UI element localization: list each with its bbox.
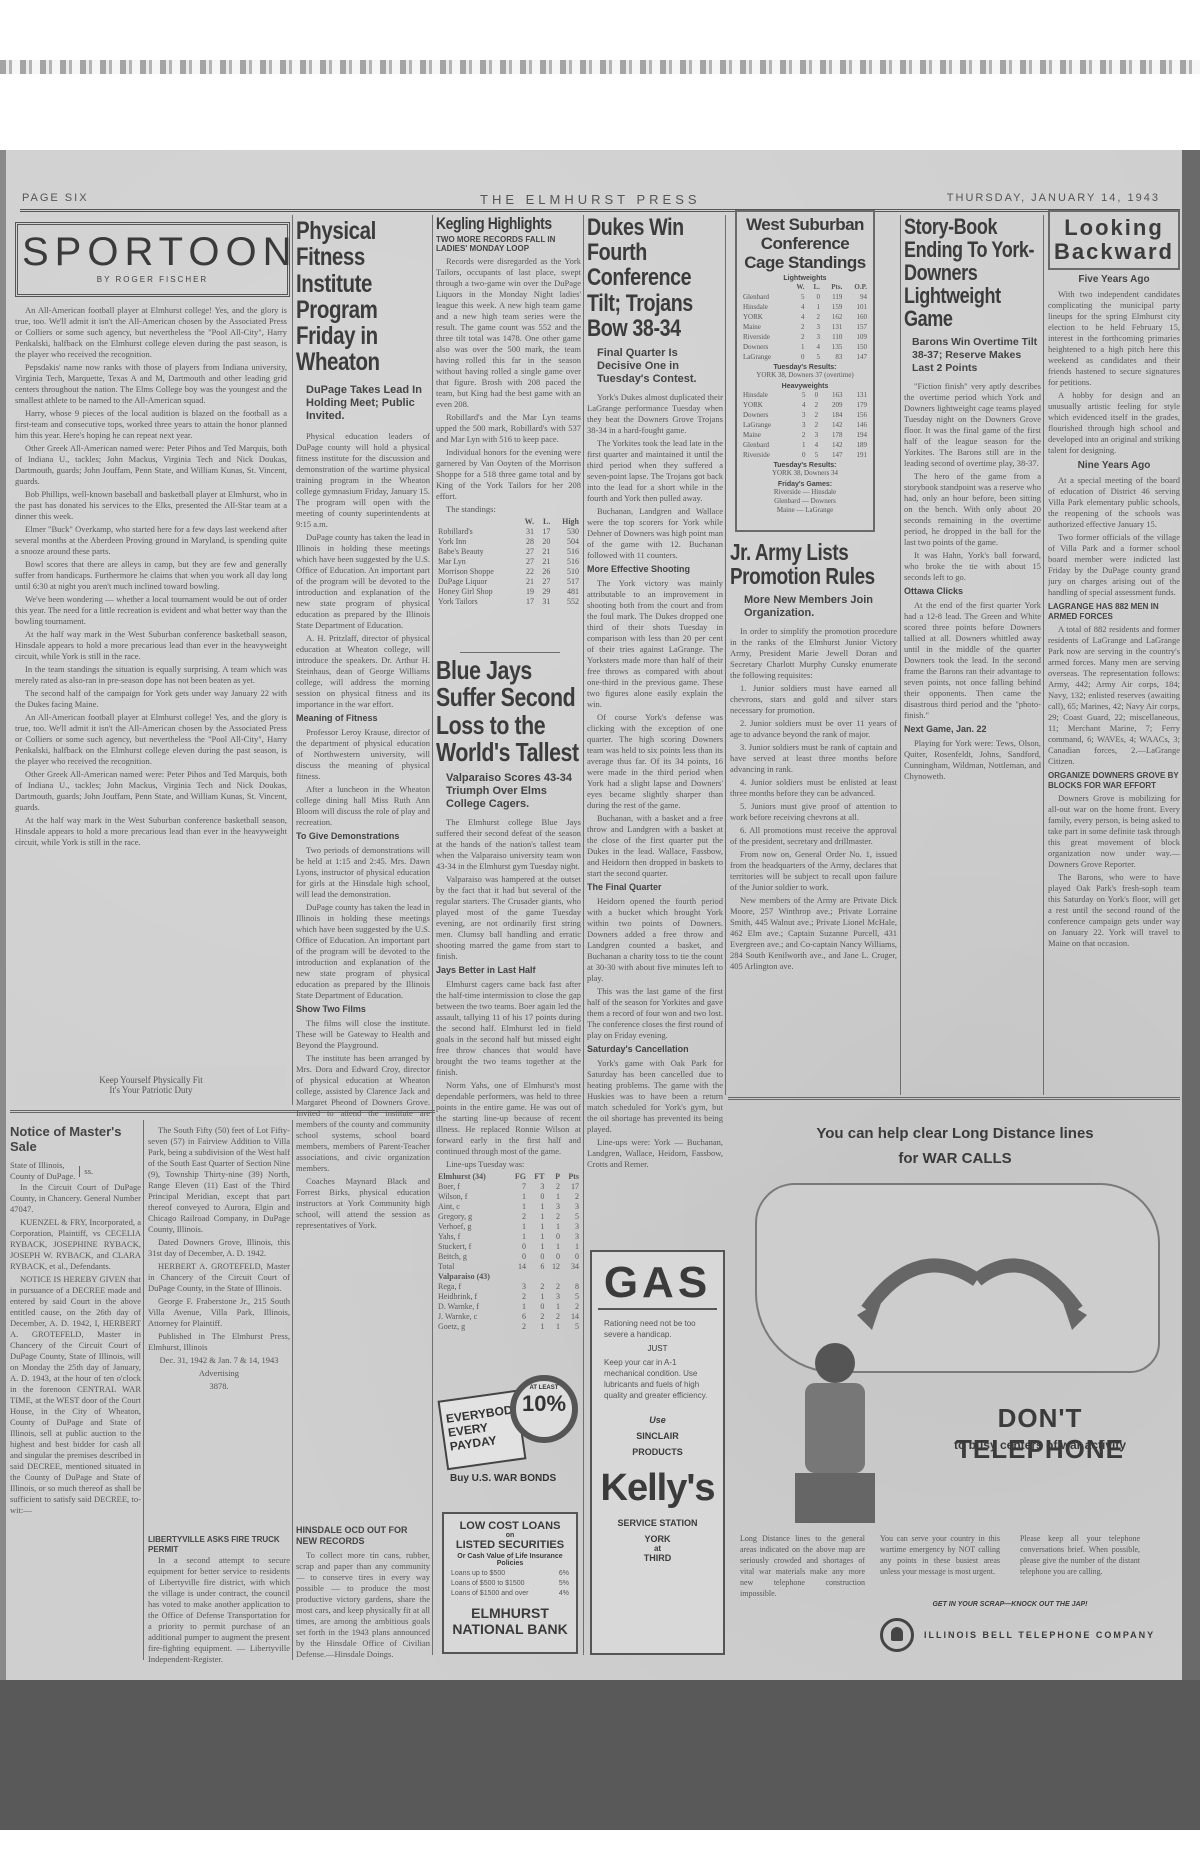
page-label: PAGE SIX: [22, 192, 89, 204]
results-text: YORK 38, Downers 37 (overtime): [741, 371, 869, 380]
column-rule: [292, 1120, 293, 1660]
loan-rates-table: Loans up to $5006% Loans of $500 to $150…: [449, 1569, 571, 1599]
headline: Dukes Win Fourth Conference Tilt; Trojan…: [587, 215, 723, 341]
ad-slogan: GET IN YOUR SCRAP—KNOCK OUT THE JAP!: [880, 1601, 1140, 1608]
paragraph: Buchanan, Landgren and Wallace were the …: [587, 506, 723, 561]
deck: Valparaiso Scores 43-34 Triumph Over Elm…: [446, 772, 581, 811]
ss-mark: ss.: [79, 1166, 93, 1177]
paragraph: Robillard's and the Mar Lyn teams upped …: [436, 412, 581, 445]
division-label: Lightweights: [741, 275, 869, 282]
paragraph: With two independent candidates complica…: [1048, 289, 1180, 388]
headline: HINSDALE OCD OUT FOR NEW RECORDS: [296, 1525, 430, 1547]
paragraph: The Yorkites took the lead late in the f…: [587, 438, 723, 504]
illinois-bell-ad: You can help clear Long Distance lines f…: [730, 1103, 1180, 1673]
sportoon-byline: BY ROGER FISCHER: [22, 275, 283, 284]
table-row: Aint, c1133: [436, 1202, 581, 1212]
results-label: Tuesday's Results:: [741, 364, 869, 371]
paragraph: Two former officials of the village of V…: [1048, 532, 1180, 598]
subhead: Ottawa Clicks: [904, 586, 1041, 597]
scan-bottom-band: [0, 1680, 1200, 1830]
table-row: Hinsdale41159101: [741, 302, 869, 312]
paragraph: A total of 882 residents and former resi…: [1048, 624, 1180, 767]
deck: TWO MORE RECORDS FALL IN LADIES' MONDAY …: [436, 235, 581, 253]
paragraph: Physical education leaders of DuPage cou…: [296, 431, 430, 530]
table-row: J. Warnke, c62214: [436, 1312, 581, 1322]
county-line: County of DuPage.: [10, 1171, 75, 1182]
headline: ORGANIZE DOWNERS GROVE BY BLOCKS FOR WAR…: [1048, 771, 1180, 791]
headline: LIBERTYVILLE ASKS FIRE TRUCK PERMIT: [148, 1535, 290, 1555]
deck: Barons Win Overtime Tilt 38-37; Reserve …: [912, 336, 1041, 375]
paragraph: Elmhurst cagers came back fast after the…: [436, 979, 581, 1078]
paragraph: The films will close the institute. Thes…: [296, 1018, 430, 1051]
scan-top-margin: [0, 0, 1200, 150]
paragraph: We've been wondering — whether a local t…: [15, 594, 287, 627]
headline: LAGRANGE HAS 882 MEN IN ARMED FORCES: [1048, 602, 1180, 622]
published-line: Published in The Elmhurst Press, Elmhurs…: [148, 1331, 290, 1353]
paragraph: Heidorn opened the fourth period with a …: [587, 896, 723, 984]
table-row: Mar Lyn2721516: [436, 557, 581, 567]
table-row: Total1461234: [436, 1262, 581, 1272]
table-row: Verhoef, g1113: [436, 1222, 581, 1232]
column-title: Looking Backward: [1052, 216, 1176, 264]
ad-text: Keep your car in A-1 mechanical conditio…: [598, 1357, 717, 1401]
friday-games-label: Friday's Games:: [741, 481, 869, 488]
column-rule: [583, 215, 584, 1655]
table-row: Hinsdale50163131: [741, 390, 869, 400]
paragraph: To collect more tin cans, rubber, scrap …: [296, 1550, 430, 1660]
ad-text: SERVICE STATION: [598, 1518, 717, 1528]
ten-percent-badge: AT LEAST 10%: [510, 1375, 578, 1443]
paragraph: Elmer "Buck" Overkamp, who started here …: [15, 524, 287, 557]
paragraph: Professor Leroy Krause, director of the …: [296, 727, 430, 782]
paragraph: Records were disregarded as the York Tai…: [436, 256, 581, 410]
headline: Jr. Army Lists Promotion Rules: [730, 540, 897, 588]
paragraph: Two periods of demonstrations will be he…: [296, 845, 430, 900]
paragraph: New members of the Army are Private Dick…: [730, 895, 897, 972]
paragraph: York's game with Oak Park for Saturday h…: [587, 1058, 723, 1135]
masters-sale-notice: Notice of Master's Sale State of Illinoi…: [10, 1118, 141, 1663]
paragraph: In the team standings the situation is e…: [15, 664, 287, 686]
standings-label: The standings:: [436, 504, 581, 515]
paragraph: At the half way mark in the West Suburba…: [15, 629, 287, 662]
bowling-standings-table: W.L.High Robillard's3117530 York Inn2820…: [436, 517, 581, 607]
paragraph: In order to simplify the promotion proce…: [730, 626, 897, 681]
gas-title: GAS: [598, 1258, 717, 1310]
paragraph: "Fiction finish" very aptly describes th…: [904, 381, 1041, 469]
subhead: More Effective Shooting: [587, 564, 723, 575]
game: Glenbard — Downers: [741, 497, 869, 506]
paragraph: Individual honors for the evening were g…: [436, 447, 581, 502]
paragraph: At the end of the first quarter York had…: [904, 600, 1041, 721]
subhead: Show Two Films: [296, 1004, 430, 1015]
column-rule: [292, 215, 293, 1105]
paragraph: 5. Juniors must give proof of attention …: [730, 801, 897, 823]
paragraph: An All-American football player at Elmhu…: [15, 712, 287, 767]
paragraph: Dated Downers Grove, Illinois, this 31st…: [148, 1237, 290, 1259]
page-right-edge: [1182, 150, 1200, 1680]
ad-body: Long Distance lines to the general areas…: [740, 1533, 865, 1599]
paragraph: It was Hahn, York's ball forward, who br…: [904, 550, 1041, 583]
subhead: Meaning of Fitness: [296, 713, 430, 724]
sportoon-title: SPORTOON: [22, 229, 283, 275]
advertising-number: 3878.: [148, 1381, 290, 1392]
paragraph: Bob Phillips, well-known baseball and ba…: [15, 489, 287, 522]
paragraph: Harry, whose 9 pieces of the local audit…: [15, 408, 287, 441]
advertising-label: Advertising: [148, 1368, 290, 1379]
deck: Final Quarter Is Decisive One in Tuesday…: [597, 347, 723, 386]
ad-text: JUST: [598, 1344, 717, 1353]
paragraph: In a second attempt to secure equipment …: [148, 1555, 290, 1665]
lightweights-table: W.L.Pts.O.P. Glenbard5011994 Hinsdale411…: [741, 282, 869, 362]
table-row: Boer, f73217: [436, 1182, 581, 1192]
table-row: Maine23131157: [741, 322, 869, 332]
table-row: Rega, f3228: [436, 1282, 581, 1292]
table-row: DuPage Liquor2127517: [436, 577, 581, 587]
column-rule: [900, 215, 901, 1095]
table-row: York Tailors1731552: [436, 597, 581, 607]
kellys-service-station-ad: GAS Rationing need not be too severe a h…: [590, 1250, 725, 1655]
hinsdale-article: HINSDALE OCD OUT FOR NEW RECORDS To coll…: [296, 1525, 430, 1665]
paragraph: Other Greek All-American named were: Pet…: [15, 443, 287, 487]
section-heading: Five Years Ago: [1048, 274, 1180, 285]
paragraph: Other Greek All-American named were: Pet…: [15, 769, 287, 813]
table-row: Loans of $500 to $15005%: [449, 1579, 571, 1589]
table-row: Riverside05147191: [741, 450, 869, 460]
scan-bottom-margin: [0, 1830, 1200, 1855]
looking-backward-banner: Looking Backward: [1048, 210, 1180, 270]
masthead: PAGE SIX THE ELMHURST PRESS THURSDAY, JA…: [20, 190, 1180, 212]
war-bonds-footer: Buy U.S. WAR BONDS: [450, 1473, 556, 1484]
paragraph: Of course York's defense was clicking wi…: [587, 712, 723, 811]
paragraph: Line-ups were: York — Buchanan, Landgren…: [587, 1137, 723, 1170]
table-row: Loans up to $5006%: [449, 1569, 571, 1579]
results-label: Tuesday's Results:: [741, 462, 869, 469]
section-heading: Nine Years Ago: [1048, 460, 1180, 471]
kellys-name: Kelly's: [598, 1467, 717, 1510]
table-row: LaGrange32142146: [741, 420, 869, 430]
kegling-article: Kegling Highlights TWO MORE RECORDS FALL…: [436, 215, 581, 635]
deck: More New Members Join Organization.: [744, 594, 897, 620]
table-row: Downers32184156: [741, 410, 869, 420]
subhead: Saturday's Cancellation: [587, 1044, 723, 1055]
physical-fitness-article: Physical Fitness Institute Program Frida…: [296, 218, 430, 1368]
column-rule: [1043, 215, 1044, 1095]
paragraph: The institute has been arranged by Mrs. …: [296, 1053, 430, 1174]
column-rule: [725, 215, 726, 1095]
headline: Story-Book Ending To York-Downers Lightw…: [904, 215, 1041, 330]
looking-backward-column: Looking Backward Five Years Ago With two…: [1048, 210, 1180, 1095]
issue-date: THURSDAY, JANUARY 14, 1943: [947, 192, 1160, 204]
ad-body: You can serve your country in this warti…: [880, 1533, 1000, 1577]
telephone-operator-illustration: [790, 1343, 880, 1533]
bell-logo-icon: [880, 1618, 914, 1652]
paragraph: In the Circuit Court of DuPage County, i…: [10, 1182, 141, 1215]
table-row: Robillard's3117530: [436, 527, 581, 537]
table-row: York Inn2820504: [436, 537, 581, 547]
game: Riverside — Hinsdale: [741, 488, 869, 497]
table-row: Stuckert, f0111: [436, 1242, 581, 1252]
sportoon-column: An All-American football player at Elmhu…: [15, 305, 287, 1100]
game: Maine — LaGrange: [741, 506, 869, 515]
heavyweights-table: Hinsdale50163131 YORK42209179 Downers321…: [741, 390, 869, 460]
war-bonds-ad: EVERYBODYEVERY PAYDAY AT LEAST 10% Buy U…: [440, 1375, 580, 1490]
sportoon-closing: Keep Yourself Physically Fit It's Your P…: [15, 1065, 287, 1105]
paragraph: A. H. Pritzlaff, director of physical ed…: [296, 633, 430, 710]
ad-line: Or Cash Value of Life Insurance Policies: [449, 1553, 571, 1567]
table-row: LaGrange0583147: [741, 352, 869, 362]
company-name: ILLINOIS BELL TELEPHONE COMPANY: [924, 1630, 1155, 1640]
paper-name: THE ELMHURST PRESS: [480, 192, 701, 207]
elmhurst-bank-ad: LOW COST LOANS on LISTED SECURITIES Or C…: [442, 1512, 578, 1654]
paragraph: 6. All promotions must receive the appro…: [730, 825, 897, 847]
ad-text: Use: [598, 1415, 717, 1425]
paragraph: Playing for York were: Tews, Olson, Quit…: [904, 738, 1041, 782]
ad-text: YORK: [598, 1534, 717, 1544]
headline: Blue Jays Suffer Second Loss to the Worl…: [436, 657, 581, 766]
paragraph: This was the last game of the first half…: [587, 986, 723, 1041]
table-row: Beitch, g0000: [436, 1252, 581, 1262]
paragraph: After a luncheon in the Wheaton college …: [296, 784, 430, 828]
ad-headline: for WAR CALLS: [730, 1150, 1180, 1167]
paragraph: The hero of the game from a storybook st…: [904, 471, 1041, 548]
standings-title: West Suburban Conference Cage Standings: [741, 215, 869, 272]
blue-jays-article: Blue Jays Suffer Second Loss to the Worl…: [436, 657, 581, 1382]
paragraph: At a special meeting of the board of edu…: [1048, 475, 1180, 530]
ad-headline: You can help clear Long Distance lines: [730, 1125, 1180, 1142]
column-rule: [432, 215, 433, 1655]
table-row: D. Warnke, f1012: [436, 1302, 581, 1312]
standings-box: West Suburban Conference Cage Standings …: [735, 210, 875, 532]
divider: [460, 652, 560, 653]
paragraph: Downers Grove is mobilizing for all-out …: [1048, 793, 1180, 870]
paragraph: KUENZEL & FRY, Incorporated, a Corporati…: [10, 1217, 141, 1272]
table-row: Wilson, f1012: [436, 1192, 581, 1202]
bank-name: NATIONAL BANK: [449, 1621, 571, 1637]
paragraph: 1. Junior soldiers must have earned all …: [730, 683, 897, 716]
lineups-label: Line-ups Tuesday was:: [436, 1159, 581, 1170]
table-row: Maine23178194: [741, 430, 869, 440]
paragraph: The second half of the campaign for York…: [15, 688, 287, 710]
table-row: Loans of $1500 and over4%: [449, 1589, 571, 1599]
paragraph: 3. Junior soldiers must be rank of capta…: [730, 742, 897, 775]
deck: DuPage Takes Lead In Holding Meet; Publi…: [306, 384, 430, 423]
subhead: The Final Quarter: [587, 882, 723, 893]
ad-line: on: [449, 1532, 571, 1539]
paragraph: 4. Junior soldiers must be enlisted at l…: [730, 777, 897, 799]
dont-telephone-headline: DON'T TELEPHONE: [910, 1403, 1170, 1465]
dukes-article: Dukes Win Fourth Conference Tilt; Trojan…: [587, 215, 723, 1255]
paragraph: The South Fifty (50) feet of Lot Fifty-s…: [148, 1125, 290, 1235]
brand: PRODUCTS: [598, 1447, 717, 1457]
division-label: Heavyweights: [741, 383, 869, 390]
subhead: To Give Demonstrations: [296, 831, 430, 842]
ad-subheadline: to busy centers of war activity: [910, 1438, 1170, 1452]
paragraph: An All-American football player at Elmhu…: [15, 305, 287, 360]
paragraph: Pepsdakis' name now ranks with those of …: [15, 362, 287, 406]
paragraph: A hobby for design and an unusually arti…: [1048, 390, 1180, 456]
table-row: Yahs, f1103: [436, 1232, 581, 1242]
table-row: Riverside23110109: [741, 332, 869, 342]
paragraph: NOTICE IS HEREBY GIVEN that in pursuance…: [10, 1274, 141, 1516]
ad-text: Rationing need not be too severe a handi…: [598, 1318, 717, 1340]
table-row: Glenbard14142189: [741, 440, 869, 450]
signature: HERBERT A. GROTEFELD, Master in Chancery…: [148, 1261, 290, 1294]
ad-text: at: [598, 1544, 717, 1553]
paragraph: The York victory was mainly attributable…: [587, 578, 723, 710]
state-line: State of Illinois,: [10, 1160, 75, 1171]
pub-dates: Dec. 31, 1942 & Jan. 7 & 14, 1943: [148, 1355, 290, 1366]
table-row: Honey Girl Shop1929481: [436, 587, 581, 597]
paragraph: The Barons, who were to have played Oak …: [1048, 872, 1180, 949]
jr-army-article: Jr. Army Lists Promotion Rules More New …: [730, 540, 897, 1090]
paragraph: At the half way mark in the West Suburba…: [15, 815, 287, 848]
scan-artifact-bar: [0, 60, 1200, 74]
ad-body: Please keep all your telephone conversat…: [1020, 1533, 1140, 1577]
table-row: Babe's Beauty2721516: [436, 547, 581, 557]
subhead: Jays Better in Last Half: [436, 965, 581, 976]
paragraph: York's Dukes almost duplicated their LaG…: [587, 392, 723, 436]
paragraph: Coaches Maynard Black and Forrest Birks,…: [296, 1176, 430, 1231]
paragraph: Bowl scores that there are alleys in cam…: [15, 559, 287, 592]
paragraph: The Elmhurst college Blue Jays suffered …: [436, 817, 581, 872]
paragraph: DuPage county has taken the lead in Illi…: [296, 902, 430, 1001]
brand: SINCLAIR: [598, 1431, 717, 1441]
masters-sale-continued: The South Fifty (50) feet of Lot Fifty-s…: [148, 1125, 290, 1505]
table-row: Glenbard5011994: [741, 292, 869, 302]
libertyville-article: LIBERTYVILLE ASKS FIRE TRUCK PERMIT In a…: [148, 1535, 290, 1665]
column-rule: [143, 1120, 144, 1660]
table-row: Downers14135150: [741, 342, 869, 352]
results-text: YORK 38, Downers 34: [741, 469, 869, 478]
bank-name: ELMHURST: [449, 1605, 571, 1621]
notice-title: Notice of Master's Sale: [10, 1124, 141, 1154]
closing-line: It's Your Patriotic Duty: [15, 1085, 287, 1095]
story-book-article: Story-Book Ending To York-Downers Lightw…: [904, 215, 1041, 1095]
paragraph: 2. Junior soldiers must be over 11 years…: [730, 718, 897, 740]
paragraph: DuPage county has taken the lead in Illi…: [296, 532, 430, 631]
table-row: Morrison Shoppe2226510: [436, 567, 581, 577]
arrows-icon: [857, 1220, 1087, 1370]
table-row: Goetz, g2115: [436, 1322, 581, 1332]
headline: Physical Fitness Institute Program Frida…: [296, 218, 427, 376]
table-row: Gregory, g2125: [436, 1212, 581, 1222]
page-left-edge: [0, 150, 6, 1680]
paragraph: Valparaiso was hampered at the outset by…: [436, 874, 581, 962]
ad-line: LISTED SECURITIES: [449, 1539, 571, 1551]
paragraph: Norm Yahs, one of Elmhurst's most depend…: [436, 1080, 581, 1157]
section-rule: [728, 1097, 1180, 1100]
war-call-arrows: [857, 1220, 1087, 1370]
ad-text: THIRD: [598, 1553, 717, 1563]
attorney: George F. Fraberstone Jr., 215 South Vil…: [148, 1296, 290, 1329]
closing-line: Keep Yourself Physically Fit: [15, 1075, 287, 1085]
bell-company-signature: ILLINOIS BELL TELEPHONE COMPANY: [880, 1618, 1160, 1652]
table-row: YORK42209179: [741, 400, 869, 410]
paragraph: Buchanan, with a basket and a free throw…: [587, 813, 723, 879]
box-score-table: Elmhurst (34)FGFTPPts Boer, f73217 Wilso…: [436, 1172, 581, 1332]
subhead: Next Game, Jan. 22: [904, 724, 1041, 735]
ad-line: LOW COST LOANS: [449, 1520, 571, 1532]
table-row: Heidbrink, f2135: [436, 1292, 581, 1302]
headline: Kegling Highlights: [436, 215, 580, 233]
sportoon-banner: SPORTOON BY ROGER FISCHER: [15, 222, 290, 297]
paragraph: From now on, General Order No. 1, issued…: [730, 849, 897, 893]
table-row: YORK42162160: [741, 312, 869, 322]
